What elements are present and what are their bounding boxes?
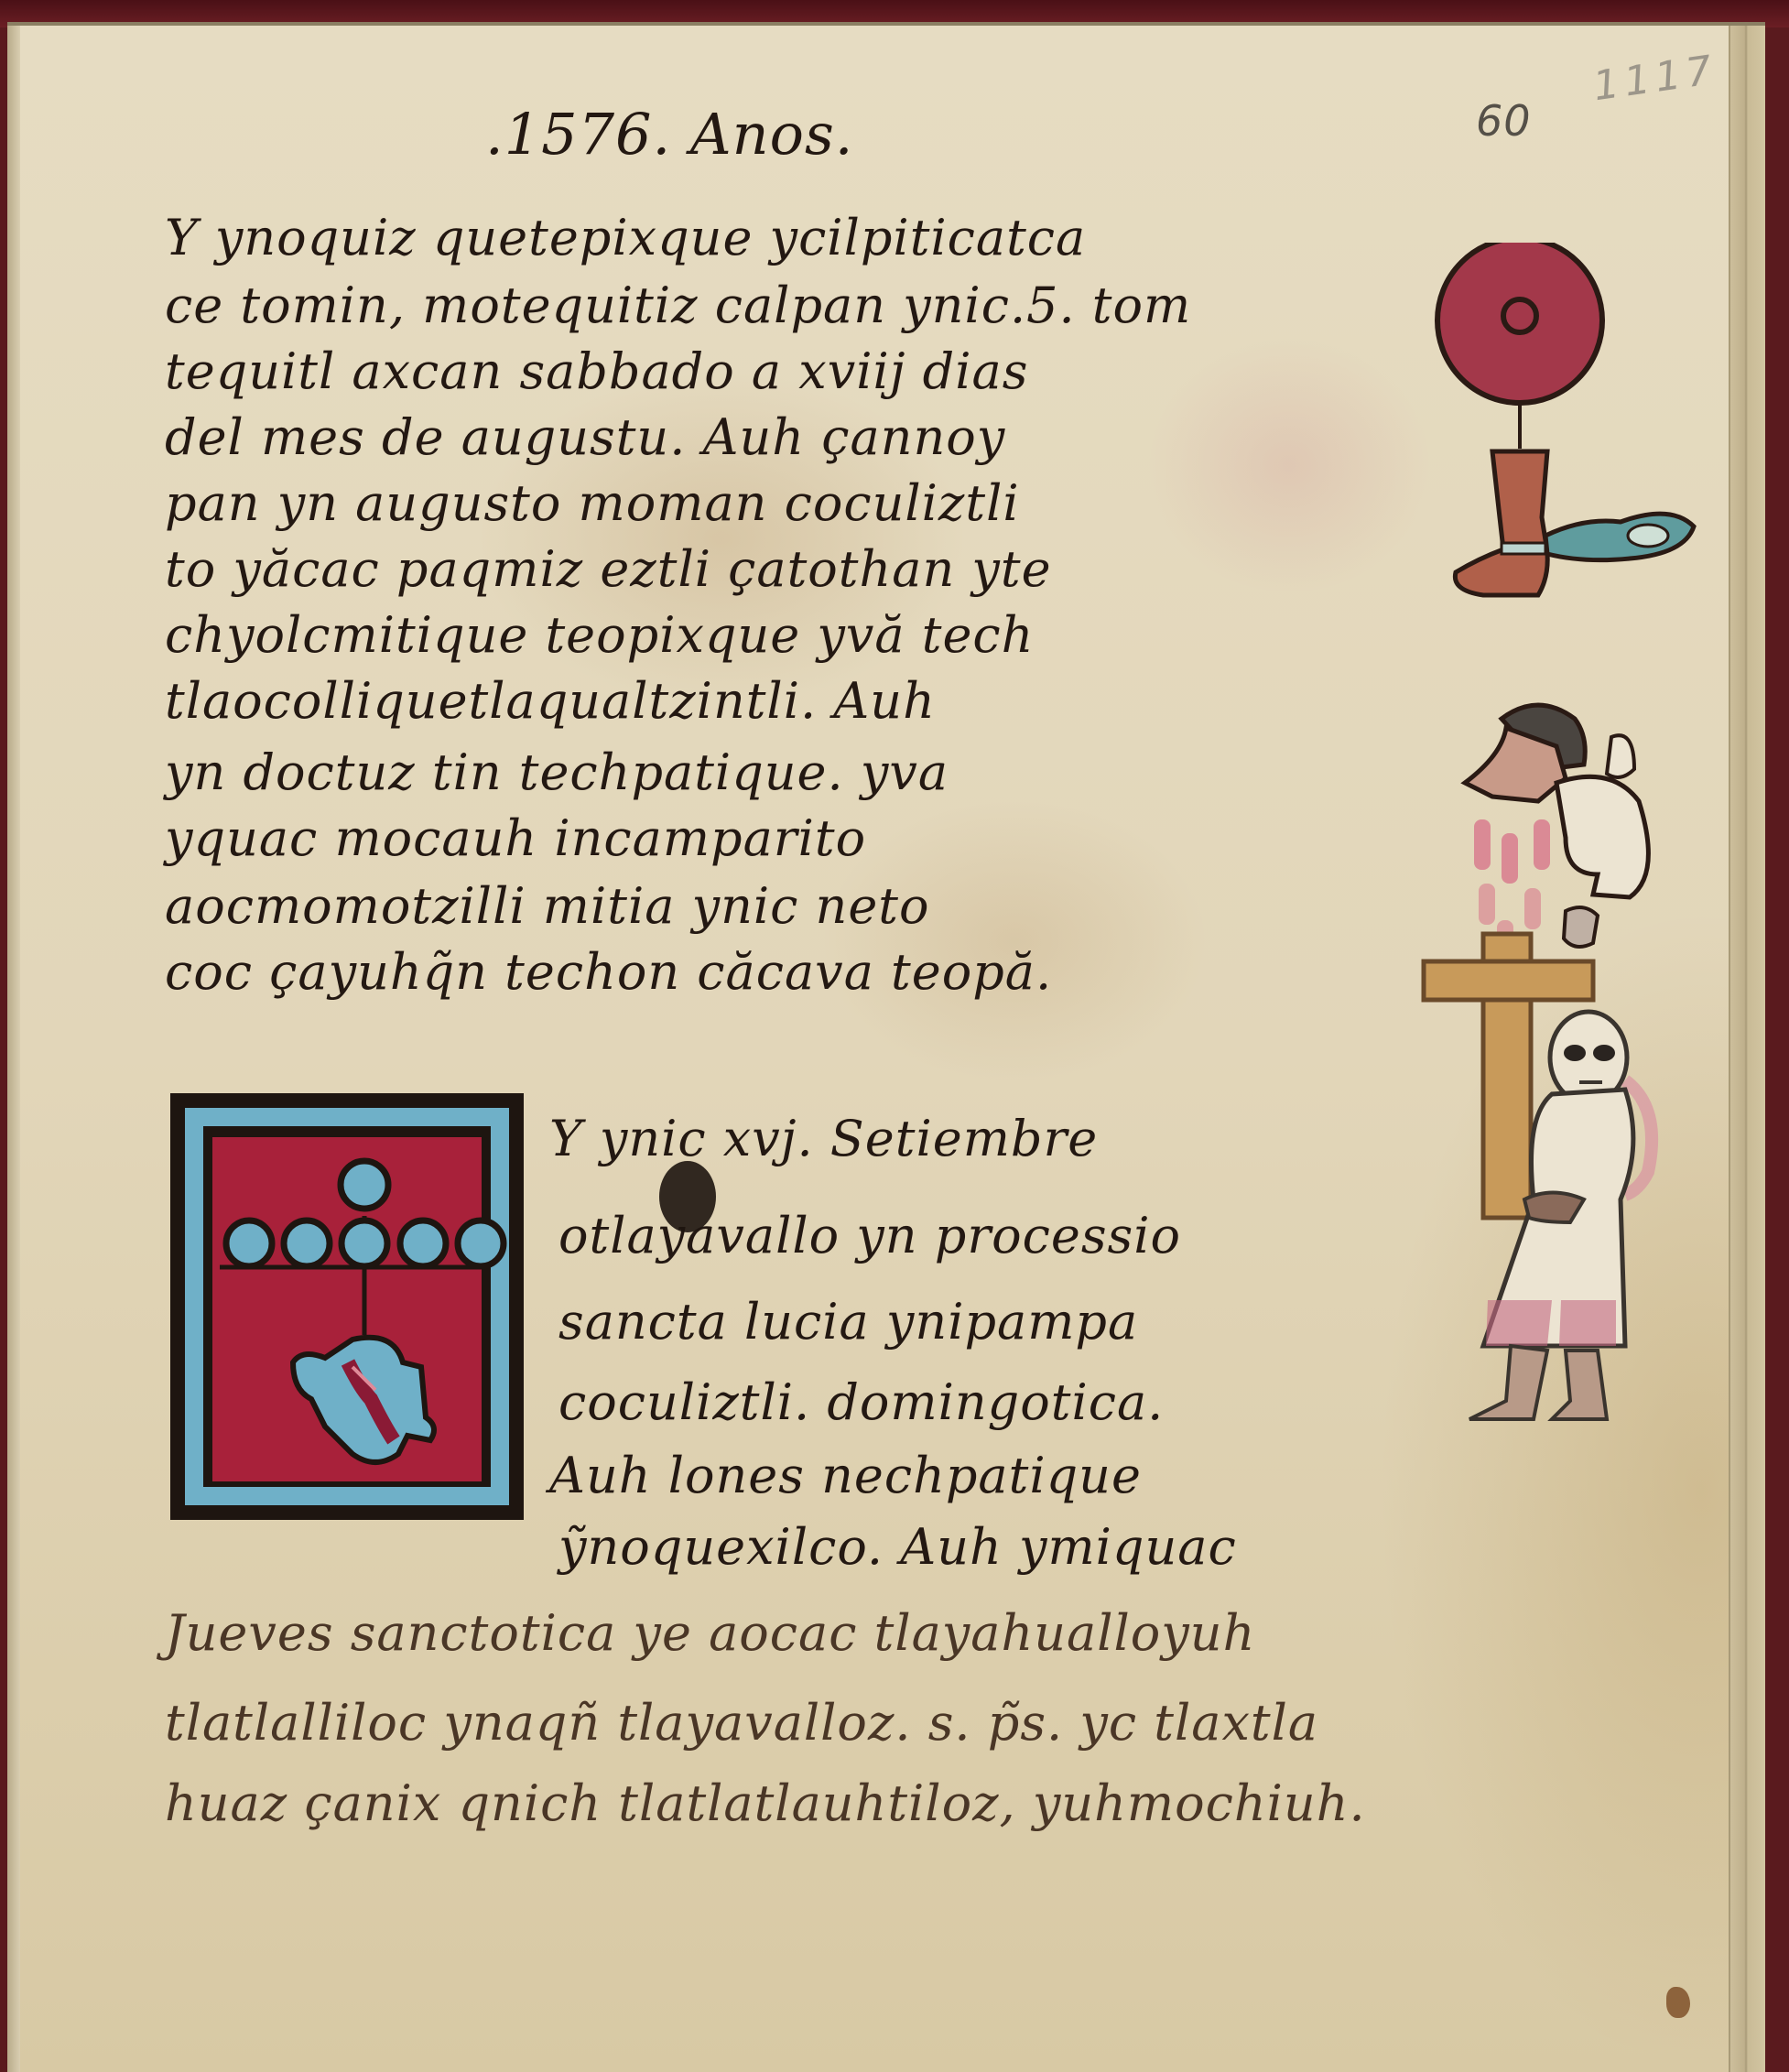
text-line: yquac mocauh incamparito [165,809,866,867]
text-line: tlaocolliquetlaqualtzintli. Auh [165,672,936,730]
page-header-year: .1576. Anos. [485,101,853,168]
ink-stain [1666,1987,1690,2018]
text-line: huaz çanix qnich tlatlatlauhtiloz, yuhmo… [165,1774,1366,1832]
text-line: coculiztli. domingotica. [558,1373,1164,1431]
folio-number: 60 [1476,96,1532,146]
text-line: aocmomotzilli mitia ynic neto [165,877,930,935]
text-line: ỹnoquexilco. Auh ymiquac [558,1518,1237,1576]
text-line: chyolcmitique teopixque yvă tech [165,606,1034,664]
text-line: Jueves sanctotica ye aocac tlayahualloyu… [165,1604,1255,1662]
sick-figure-illustration-icon [1437,682,1675,966]
text-line: tequitl axcan sabbado a xviij dias [165,342,1028,400]
text-line: sancta lucia ynipampa [558,1293,1138,1351]
disk-and-foot-glyph-icon [1428,243,1703,645]
text-line: tlatlalliloc ynaqñ tlayavalloz. s. p̃s. … [165,1694,1318,1752]
text-line: Auh lones nechpatique [549,1447,1142,1504]
page-fore-edge [1729,26,1765,2072]
year-glyph-icon [165,1088,531,1527]
text-line: Y ynoquiz quetepixque ycilpiticatca [165,209,1086,266]
text-line: ce tomin, motequitiz calpan ynic.5. tom [165,277,1191,334]
page-gutter [7,26,20,2072]
text-line: del mes de augustu. Auh çannoy [165,408,1005,466]
text-line: to yăcac paqmiz eztli çatothan yte [165,540,1052,598]
ink-blot [659,1161,716,1232]
text-line: yn doctuz tin techpatique. yva [165,743,949,801]
text-line: pan yn augusto moman coculiztli [165,474,1020,532]
text-line: coc çayuhq̃n techon căcava teopă. [165,943,1052,1001]
text-line: otlayavallo yn processio [558,1207,1181,1264]
text-line: Y ynic xvj. Setiembre [549,1110,1098,1167]
cross-bearer-figure-illustration-icon [1415,925,1671,1437]
